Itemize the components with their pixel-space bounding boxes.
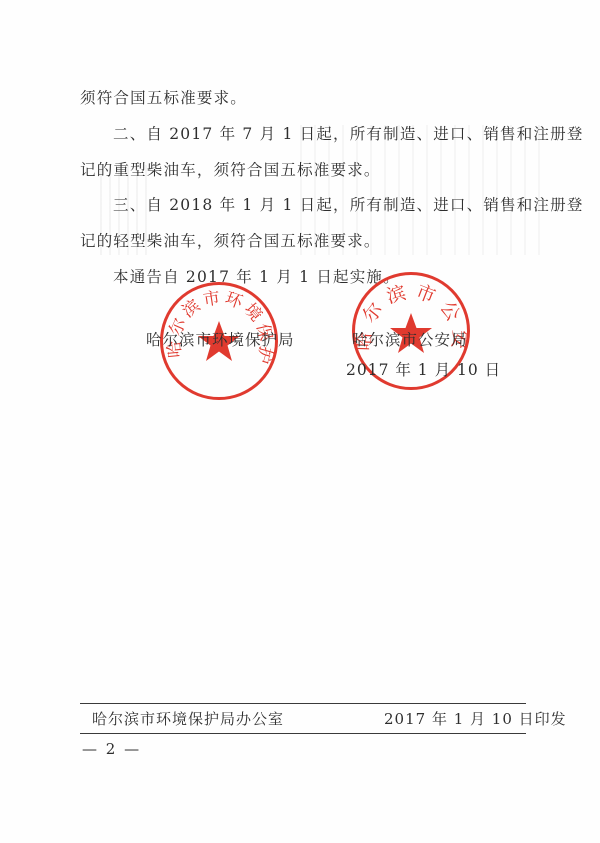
page-number: — 2 —	[82, 740, 141, 758]
body-line: 须符合国五标准要求。	[80, 88, 247, 108]
footer-bottom-rule	[80, 733, 526, 734]
signature-date: 2017 年 1 月 10 日	[346, 360, 501, 380]
signature-public-security-bureau: 哈尔滨市公安局	[352, 330, 468, 350]
signature-environmental-bureau: 哈尔滨市环境保护局	[146, 330, 295, 350]
footer-issuer: 哈尔滨市环境保护局办公室	[92, 709, 284, 729]
body-line: 记的重型柴油车，须符合国五标准要求。	[80, 160, 381, 180]
footer-top-rule	[80, 703, 526, 704]
body-line: 记的轻型柴油车，须符合国五标准要求。	[80, 231, 381, 251]
footer-issue-date: 2017 年 1 月 10 日印发	[384, 709, 567, 729]
body-line: 二、自 2017 年 7 月 1 日起，所有制造、进口、销售和注册登	[113, 124, 584, 144]
document-page: 须符合国五标准要求。 二、自 2017 年 7 月 1 日起，所有制造、进口、销…	[0, 0, 600, 843]
body-line: 三、自 2018 年 1 月 1 日起，所有制造、进口、销售和注册登	[113, 195, 584, 215]
